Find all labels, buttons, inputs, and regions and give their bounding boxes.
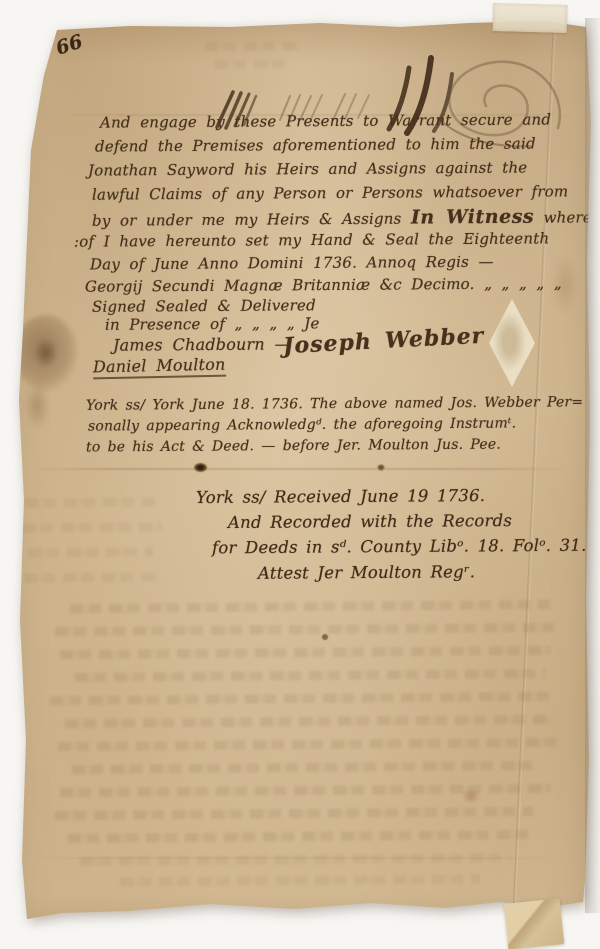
paper-sheet: 66 And engage by these Presents to Warra… <box>0 0 600 949</box>
page-edge-shadow <box>585 18 600 913</box>
bleed-through-line <box>50 692 555 705</box>
bleed-through-line <box>80 853 510 866</box>
deed-line: in Presence of „ „ „ „ Je <box>105 314 320 333</box>
seal-wafer <box>489 299 535 387</box>
bleed-through-line <box>68 830 528 843</box>
bleed-through-line <box>65 715 550 728</box>
pin-hole <box>377 464 385 471</box>
horizontal-crease-line <box>28 468 568 470</box>
bleed-through-line <box>28 547 153 557</box>
bleed-through-line <box>60 646 550 659</box>
recording-line: York ss/ Received June 19 1736. <box>196 486 485 507</box>
deed-line: :of I have hereunto set my Hand & Seal t… <box>74 229 549 250</box>
acknowledgment-line: to be his Act & Deed. — before Jer. Moul… <box>86 437 501 456</box>
recording-line: And Recorded with the Records <box>228 511 512 532</box>
witness-signature-james-chadbourn: James Chadbourn — <box>113 334 291 354</box>
bleed-through-line <box>58 738 556 751</box>
bleed-through-line <box>70 600 550 613</box>
bleed-through-line <box>55 807 533 820</box>
bleed-through-line <box>75 669 545 682</box>
tape-piece-bottom <box>504 898 565 949</box>
deed-line: Signed Sealed & Delivered <box>92 296 316 316</box>
witness-signature-daniel-moulton: Daniel Moulton <box>93 355 226 380</box>
deed-line-witness-clause: by or under me my Heirs & Assigns In Wit… <box>92 205 597 231</box>
bleed-through-line <box>22 522 162 532</box>
acknowledgment-line: York ss/ York June 18. 1736. The above n… <box>86 394 583 413</box>
deed-line: defend the Premises aforementioned to hi… <box>95 134 536 155</box>
bleed-through-line <box>24 572 159 582</box>
pin-hole <box>194 463 207 472</box>
witness-clause-emphasis: In Witness <box>411 206 534 229</box>
manuscript-scan: 66 And engage by these Presents to Warra… <box>0 0 600 949</box>
ink-blot-stain <box>34 338 58 368</box>
paper-shadow-wrap: 66 And engage by these Presents to Warra… <box>0 0 600 949</box>
deed-line: Day of June Anno Domini 1736. Annoq Regi… <box>90 253 494 274</box>
recording-line: for Deeds in sᵈ. County Libᵒ. 18. Folᵒ. … <box>212 536 587 558</box>
bleed-through-line <box>120 874 480 886</box>
deed-line: lawful Claims of any Person or Persons w… <box>92 182 568 203</box>
ink-blot-stain <box>24 382 50 430</box>
stain-spot <box>462 788 480 804</box>
bleed-through-line <box>55 623 555 636</box>
bleed-through-line <box>25 497 155 507</box>
bleed-through-line <box>72 761 540 774</box>
tape-piece-top <box>493 3 568 33</box>
deed-line: Jonathan Sayword his Heirs and Assigns a… <box>88 158 527 179</box>
acknowledgment-line: sonally appearing Acknowledgᵈ. the afore… <box>88 416 516 435</box>
stain-spot <box>322 634 328 640</box>
witness-clause-prefix: by or under me my Heirs & Assigns <box>92 210 411 230</box>
deed-line: Georgij Secundi Magnæ Britanniæ &c Decim… <box>85 274 562 295</box>
deed-line: And engage by these Presents to Warrant … <box>100 110 551 131</box>
recording-line: Attest Jer Moulton Regʳ. <box>258 562 475 583</box>
